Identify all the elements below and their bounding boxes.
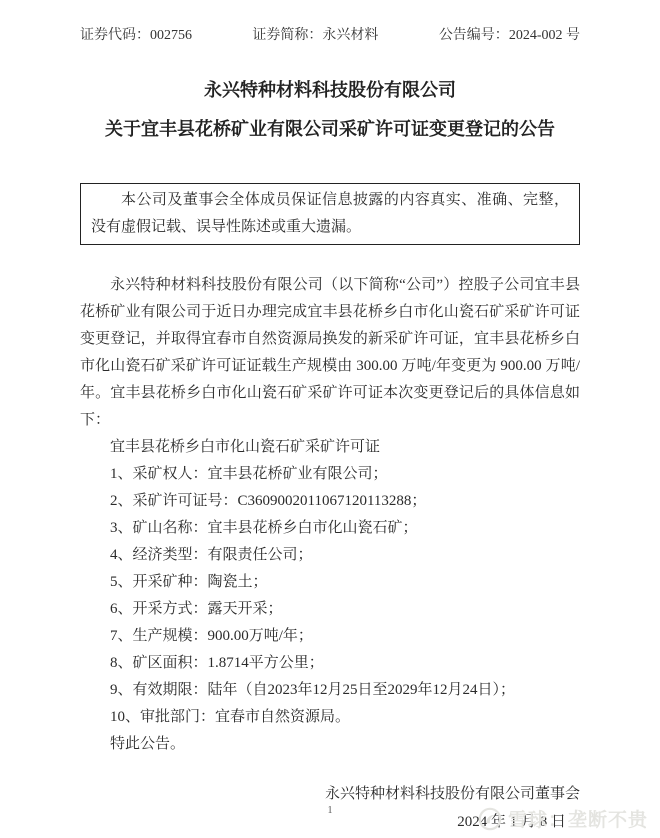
list-item: 5、开采矿种：陶瓷土； [80, 569, 580, 596]
list-item: 1、采矿权人：宜丰县花桥矿业有限公司； [80, 461, 580, 488]
stock-code-value: 002756 [150, 28, 192, 43]
watermark-text: 雪球：垄断不贵 [508, 805, 648, 832]
xueqiu-logo-icon [478, 807, 502, 831]
announcement-title: 关于宜丰县花桥矿业有限公司采矿许可证变更登记的公告 [80, 115, 580, 141]
disclaimer-box: 本公司及董事会全体成员保证信息披露的内容真实、准确、完整，没有虚假记载、误导性陈… [80, 183, 580, 245]
disclaimer-text: 本公司及董事会全体成员保证信息披露的内容真实、准确、完整，没有虚假记载、误导性陈… [91, 187, 569, 241]
stock-name: 证券简称：永兴材料 [252, 24, 378, 44]
company-title: 永兴特种材料科技股份有限公司 [80, 76, 580, 102]
list-item: 9、有效期限：陆年（自2023年12月25日至2029年12月24日）； [80, 677, 580, 704]
announcement-number-value: 2024-002 号 [509, 28, 580, 43]
list-item: 4、经济类型：有限责任公司； [80, 542, 580, 569]
stock-name-label: 证券简称： [252, 28, 322, 43]
watermark: 雪球：垄断不贵 [478, 805, 648, 832]
announcement-body: 永兴特种材料科技股份有限公司（以下简称“公司”）控股子公司宜丰县花桥矿业有限公司… [80, 272, 580, 758]
list-item: 8、矿区面积：1.8714平方公里； [80, 650, 580, 677]
list-item: 6、开采方式：露天开采； [80, 596, 580, 623]
stock-code: 证券代码：002756 [80, 24, 192, 44]
announcement-page: 证券代码：002756 证券简称：永兴材料 公告编号：2024-002 号 永兴… [0, 0, 660, 838]
stock-name-value: 永兴材料 [322, 28, 378, 43]
body-paragraph: 永兴特种材料科技股份有限公司（以下简称“公司”）控股子公司宜丰县花桥矿业有限公司… [80, 272, 580, 434]
securities-header: 证券代码：002756 证券简称：永兴材料 公告编号：2024-002 号 [80, 24, 580, 44]
board-signature: 永兴特种材料科技股份有限公司董事会 [80, 782, 580, 803]
list-item: 2、采矿许可证号：C3609002011067120113288； [80, 488, 580, 515]
closing-line: 特此公告。 [80, 731, 580, 758]
stock-code-label: 证券代码： [80, 28, 150, 43]
announcement-number: 公告编号：2024-002 号 [439, 24, 580, 44]
license-title: 宜丰县花桥乡白市化山瓷石矿采矿许可证 [80, 434, 580, 461]
list-item: 10、审批部门：宜春市自然资源局。 [80, 704, 580, 731]
list-item: 3、矿山名称：宜丰县花桥乡白市化山瓷石矿； [80, 515, 580, 542]
announcement-number-label: 公告编号： [439, 28, 509, 43]
list-item: 7、生产规模：900.00万吨/年； [80, 623, 580, 650]
